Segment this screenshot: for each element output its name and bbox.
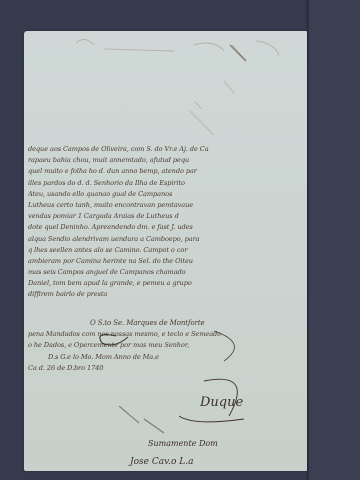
- manuscript-page: (illegible mirrored writing from reverse…: [24, 31, 307, 471]
- footer-note: Jose Cav.o L.a: [130, 457, 193, 467]
- background-right-strip: [308, 0, 360, 480]
- flourish-marks: [24, 31, 307, 471]
- signature-2: Sumamente Dom: [148, 439, 218, 448]
- signature-1: Duque: [200, 395, 243, 410]
